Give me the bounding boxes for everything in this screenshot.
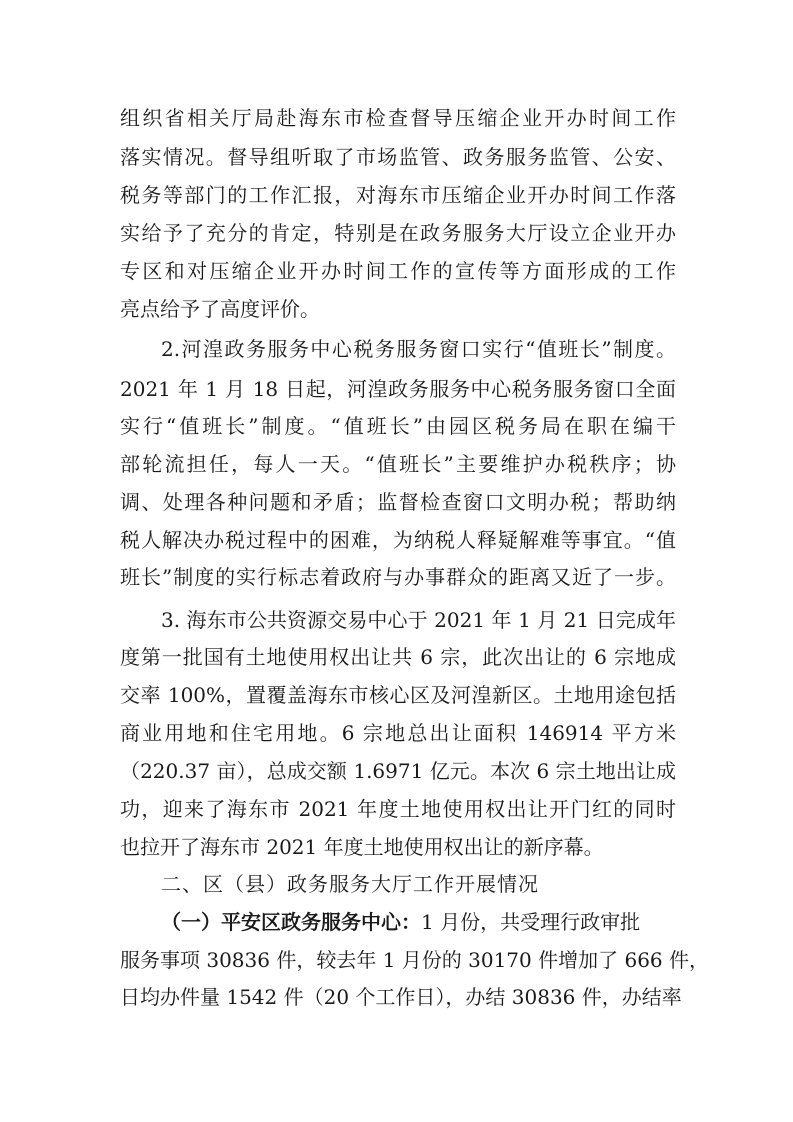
subsection-first-line: （一）平安区政务服务中心：1 月份，共受理行政审批	[161, 907, 676, 937]
paragraph-title-line: 2.河湟政务服务中心税务服务窗口实行“值班长”制度。	[161, 334, 676, 364]
text-line: 2021 年 1 月 18 日起，河湟政务服务中心税务服务窗口全面	[120, 374, 676, 404]
text-line: 商业用地和住宅用地。6 宗地总出让面积 146914 平方米	[120, 718, 676, 748]
text-line: 实给予了充分的肯定，特别是在政务服务大厅设立企业开办	[120, 218, 676, 248]
text-line: 部轮流担任，每人一天。“值班长”主要维护办税秩序；协	[120, 449, 676, 479]
text-line: 功，迎来了海东市 2021 年度土地使用权出让开门红的同时	[120, 794, 676, 824]
text-line: 税人解决办税过程中的困难，为纳税人释疑解难等事宜。“值	[120, 525, 676, 555]
text-line: 调、处理各种问题和矛盾；监督检查窗口文明办税；帮助纳	[120, 487, 676, 517]
text-line: 专区和对压缩企业开办时间工作的宣传等方面形成的工作	[120, 256, 676, 286]
text-line: 实行“值班长”制度。“值班长”由园区税务局在职在编干	[120, 411, 676, 441]
text-line: 日均办件量 1542 件（20 个工作日），办结 30836 件，办结率	[120, 982, 676, 1012]
text-line: 度第一批国有土地使用权出让共 6 宗，此次出让的 6 宗地成	[120, 642, 676, 672]
text-line: 3. 海东市公共资源交易中心于 2021 年 1 月 21 日完成年	[161, 605, 676, 635]
text-line: 税务等部门的工作汇报，对海东市压缩企业开办时间工作落	[120, 180, 676, 210]
text-line: 亮点给予了高度评价。	[120, 294, 676, 324]
text-line: 组织省相关厅局赴海东市检查督导压缩企业开办时间工作	[120, 103, 676, 133]
subsection-text: 1 月份，共受理行政审批	[421, 910, 640, 934]
text-line: （220.37 亩），总成交额 1.6971 亿元。本次 6 宗土地出让成	[120, 756, 676, 786]
subsection-title: （一）平安区政务服务中心：	[161, 910, 421, 934]
text-line: 交率 100%，置覆盖海东市核心区及河湟新区。土地用途包括	[120, 680, 676, 710]
document-page: 组织省相关厅局赴海东市检查督导压缩企业开办时间工作 落实情况。督导组听取了市场监…	[0, 0, 793, 1122]
text-line: 也拉开了海东市 2021 年度土地使用权出让的新序幕。	[120, 832, 676, 862]
text-line: 班长”制度的实行标志着政府与办事群众的距离又近了一步。	[120, 562, 676, 592]
text-line: 服务事项 30836 件，较去年 1 月份的 30170 件增加了 666 件，	[120, 945, 676, 975]
section-heading: 二、区（县）政务服务大厅工作开展情况	[161, 869, 676, 899]
text-line: 落实情况。督导组听取了市场监管、政务服务监管、公安、	[120, 142, 676, 172]
